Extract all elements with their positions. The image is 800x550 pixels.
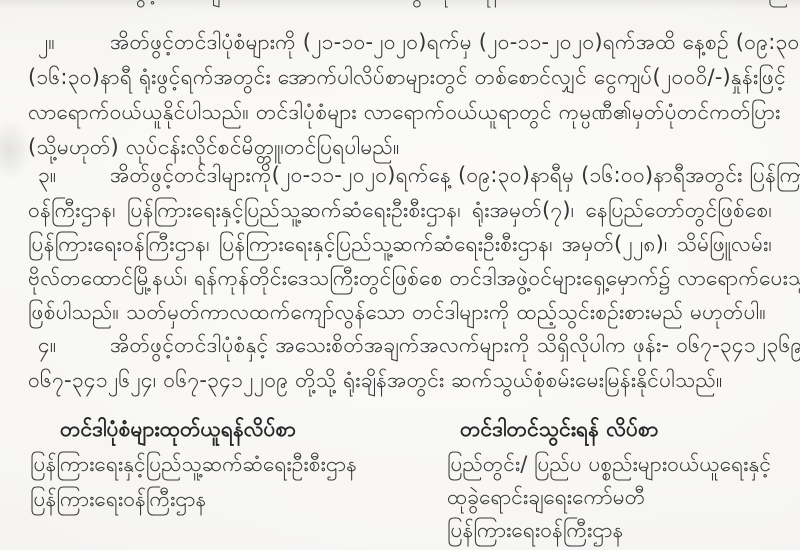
- paragraph-4-line-2: ၀၆၇-၃၄၁၂၆၂၄၊ ၀၆၇-၃၄၁၂၂၀၉ တို့သို့ ရုံးချ…: [28, 365, 723, 395]
- scanned-tender-notice-page: အိတ်ဖွင့်တင်ဒါများ တင်သွင်းနိုင်ပါရန် ဖိ…: [0, 0, 800, 550]
- paragraph-3-line-5: ဖြစ်ပါသည်။ သတ်မှတ်ကာလထက်ကျော်လွန်သော တင်…: [28, 297, 766, 327]
- tender-submission-address-line-1: ပြည်တွင်း/ ပြည်ပ ပစ္စည်းများဝယ်ယူရေးနှင့…: [447, 449, 771, 479]
- tender-submission-address-line-2: ထုခွဲရောင်းချရေးကော်မတီ: [447, 482, 645, 512]
- paragraph-3-line-1: အိတ်ဖွင့်တင်ဒါများကို(၂၀-၁၁-၂၀၂၀)ရက်နေ့ …: [110, 160, 772, 190]
- paragraph-4-number: ၄။: [38, 330, 56, 360]
- paragraph-3-line-3: ပြန်ကြားရေးဝန်ကြီးဌာန၊ ပြန်ကြားရေးနှင့်ပ…: [28, 229, 772, 259]
- tender-submission-address-title: တင်ဒါတင်သွင်းရန် လိပ်စာ: [460, 414, 658, 444]
- paragraph-2-line-4: (သို့မဟုတ်) လုပ်ငန်းလိုင်စင်မိတ္တူ၊တင်ပြ…: [28, 132, 400, 162]
- paragraph-2-number: ၂။: [38, 27, 55, 57]
- paragraph-4-line-1: အိတ်ဖွင့်တင်ဒါပုံစံနှင့် အသေးစိတ်အချက်အလ…: [110, 330, 772, 360]
- clipped-top-line: အိတ်ဖွင့်တင်ဒါများ တင်သွင်းနိုင်ပါရန် ဖိ…: [95, 0, 795, 8]
- tender-form-purchase-address-title: တင်ဒါပုံစံများထုတ်ယူရန်လိပ်စာ: [60, 414, 296, 444]
- tender-submission-address-line-3: ပြန်ကြားရေးဝန်ကြီးဌာန: [447, 515, 623, 545]
- paragraph-2-line-1: အိတ်ဖွင့်တင်ဒါပုံစံများကို (၂၁-၁၀-၂၀၂၀)ရ…: [110, 27, 772, 57]
- tender-form-purchase-address-line-2: ပြန်ကြားရေးဝန်ကြီးဌာန: [30, 484, 206, 514]
- paragraph-2-line-2: (၁၆:၃၀)နာရီ ရုံးဖွင့်ရက်အတွင်း အောက်ပါလိ…: [28, 62, 772, 92]
- paragraph-3-line-2: ဝန်ကြီးဌာန၊ ပြန်ကြားရေးနှင့်ပြည်သူ့ဆက်ဆံ…: [28, 195, 772, 225]
- paragraph-3-number: ၃။: [38, 160, 56, 190]
- tender-form-purchase-address-line-1: ပြန်ကြားရေးနှင့်ပြည်သူ့ဆက်ဆံရေးဦးစီးဌာန: [30, 449, 357, 479]
- paragraph-2-line-3: လာရောက်ဝယ်ယူနိုင်ပါသည်။ တင်ဒါပုံစံများ လ…: [28, 97, 772, 127]
- paragraph-3-line-4: ဗိုလ်တထောင်မြို့နယ်၊ ရန်ကုန်တိုင်းဒေသကြီ…: [28, 263, 772, 293]
